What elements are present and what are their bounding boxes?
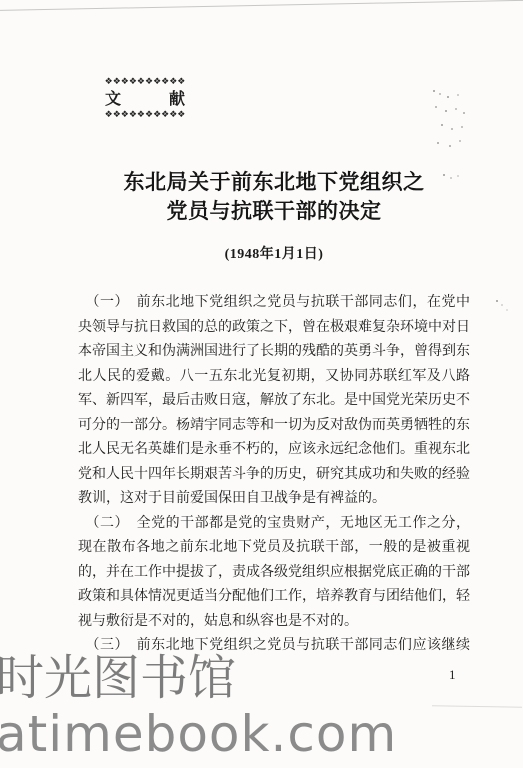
body-line: 北人民的爱戴。八一五东北光复初期，又协同苏联红军及八路 xyxy=(78,365,470,390)
body-line: 视与敷衍是不对的，姑息和纵容也是不对的。 xyxy=(78,610,470,635)
body-line: 的，并在工作中提拔了，责成各级党组织应根据党底正确的干部 xyxy=(78,561,470,586)
scanned-document-page: ❖❖❖❖❖❖❖❖❖❖ 文 献 ❖❖❖❖❖❖❖❖❖❖ 东北局关于前东北地下党组织之… xyxy=(0,0,523,768)
scan-edge-artifact xyxy=(432,705,522,708)
body-line: 政策和具体情况更适当分配他们工作，培养教育与团结他们，轻 xyxy=(78,585,470,610)
body-line: 央领导与抗日救国的总的政策之下，曾在极艰难复杂环境中对日 xyxy=(78,316,470,341)
scan-noise xyxy=(433,90,435,92)
decorative-chain-top: ❖❖❖❖❖❖❖❖❖❖ xyxy=(98,77,192,88)
document-title-line1: 东北局关于前东北地下党组织之 xyxy=(78,168,470,197)
decorative-chain-bottom: ❖❖❖❖❖❖❖❖❖❖ xyxy=(98,110,192,121)
scan-noise xyxy=(496,300,498,302)
watermark-site-url: atimebook.com xyxy=(0,707,397,761)
header-label-right: 献 xyxy=(169,89,185,110)
body-line: 现在散布各地之前东北地下党员及抗联干部，一般的是被重视 xyxy=(78,536,470,561)
body-text: （一） 前东北地下党组织之党员与抗联干部同志们，在党中央领导与抗日救国的总的政策… xyxy=(78,291,470,659)
scan-edge-artifact xyxy=(0,0,523,11)
body-line: 本帝国主义和伪满洲国进行了长期的残酷的英勇斗争，曾得到东 xyxy=(78,340,470,365)
body-line: 可分的一部分。杨靖宇同志等和一切为反对敌伪而英勇牺牲的东 xyxy=(78,414,470,439)
watermark-site-name: 时光图书馆 xyxy=(0,652,236,704)
body-line: 北人民无名英雄们是永垂不朽的，应该永远纪念他们。重视东北 xyxy=(78,438,470,463)
document-date: (1948年1月1日) xyxy=(78,243,470,263)
body-line: 军、新四军，最后击败日寇，解放了东北。是中国党光荣历史不 xyxy=(78,389,470,414)
body-line: （二） 全党的干部都是党的宝贵财产，无地区无工作之分， xyxy=(78,512,470,537)
body-line: 党和人民十四年长期艰苦斗争的历史，研究其成功和失败的经验 xyxy=(78,463,470,488)
body-line: 教训，这对于目前爱国保田自卫战争是有裨益的。 xyxy=(78,487,470,512)
header-label-left: 文 xyxy=(105,89,121,110)
body-line: （一） 前东北地下党组织之党员与抗联干部同志们，在党中 xyxy=(78,291,470,316)
document-title: 东北局关于前东北地下党组织之 党员与抗联干部的决定 xyxy=(78,168,470,226)
header-label: 文 献 xyxy=(98,88,192,110)
document-title-line2: 党员与抗联干部的决定 xyxy=(78,197,470,226)
page-number: 1 xyxy=(449,667,456,683)
scan-noise xyxy=(443,174,445,176)
header-box: ❖❖❖❖❖❖❖❖❖❖ 文 献 ❖❖❖❖❖❖❖❖❖❖ xyxy=(98,77,192,121)
